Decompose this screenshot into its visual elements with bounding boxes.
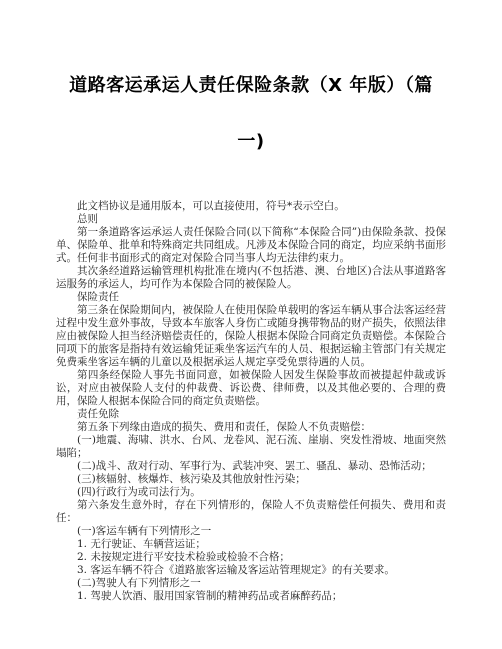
paragraph: 第六条发生意外时，存在下列情形的，保险人不负责赔偿任何损失、费用和责任： bbox=[56, 499, 446, 525]
paragraph: 第四条经保险人事先书面同意，如被保险人因发生保险事故而被提起仲裁或诉讼，对应由被… bbox=[56, 369, 446, 408]
paragraph: (二)战斗、敌对行动、军事行为、武装冲突、罢工、骚乱、暴动、恐怖活动； bbox=[56, 460, 446, 473]
paragraph: 3. 客运车辆不符合《道路旅客运输及客运站管理规定》的有关要求。 bbox=[56, 564, 446, 577]
paragraph: (一)地震、海啸、洪水、台风、龙卷风、泥石流、崖崩、突发性滑坡、地面突然塌陷； bbox=[56, 434, 446, 460]
paragraph: 2. 未按规定进行平安技术检验或检验不合格； bbox=[56, 551, 446, 564]
paragraph: 第三条在保险期间内，被保险人在使用保险单载明的客运车辆从事合法客运经营过程中发生… bbox=[56, 304, 446, 369]
paragraph: (四)行政行为或司法行为。 bbox=[56, 486, 446, 499]
paragraph: 总则 bbox=[56, 213, 446, 226]
paragraph: 此文档协议是通用版本，可以直接使用，符号*表示空白。 bbox=[56, 200, 446, 213]
paragraph: 保险责任 bbox=[56, 291, 446, 304]
paragraph: (三)核辐射、核爆炸、核污染及其他放射性污染； bbox=[56, 473, 446, 486]
paragraph: (二)驾驶人有下列情形之一 bbox=[56, 577, 446, 590]
paragraph: 1. 无行驶证、车辆营运证； bbox=[56, 538, 446, 551]
document-title: 道路客运承运人责任保险条款（X 年版）（篇 一) bbox=[56, 58, 446, 170]
paragraph: (一)客运车辆有下列情形之一 bbox=[56, 525, 446, 538]
paragraph: 责任免除 bbox=[56, 408, 446, 421]
paragraph: 第五条下列缘由造成的损失、费用和责任，保险人不负责赔偿： bbox=[56, 421, 446, 434]
document-body: 此文档协议是通用版本，可以直接使用，符号*表示空白。 总则 第一条道路客运承运人… bbox=[56, 200, 446, 603]
paragraph: 其次条经道路运输管理机构批准在境内(不包括港、澳、台地区)合法从事道路客运服务的… bbox=[56, 265, 446, 291]
title-line-1: 道路客运承运人责任保险条款（X 年版）（篇 bbox=[56, 58, 446, 114]
paragraph: 1. 驾驶人饮酒、服用国家管制的精神药品或者麻醉药品； bbox=[56, 590, 446, 603]
document-page: 道路客运承运人责任保险条款（X 年版）（篇 一) 此文档协议是通用版本，可以直接… bbox=[0, 0, 502, 649]
title-line-2: 一) bbox=[56, 114, 446, 170]
paragraph: 第一条道路客运承运人责任保险合同(以下简称“本保险合同”)由保险条款、投保单、保… bbox=[56, 226, 446, 265]
